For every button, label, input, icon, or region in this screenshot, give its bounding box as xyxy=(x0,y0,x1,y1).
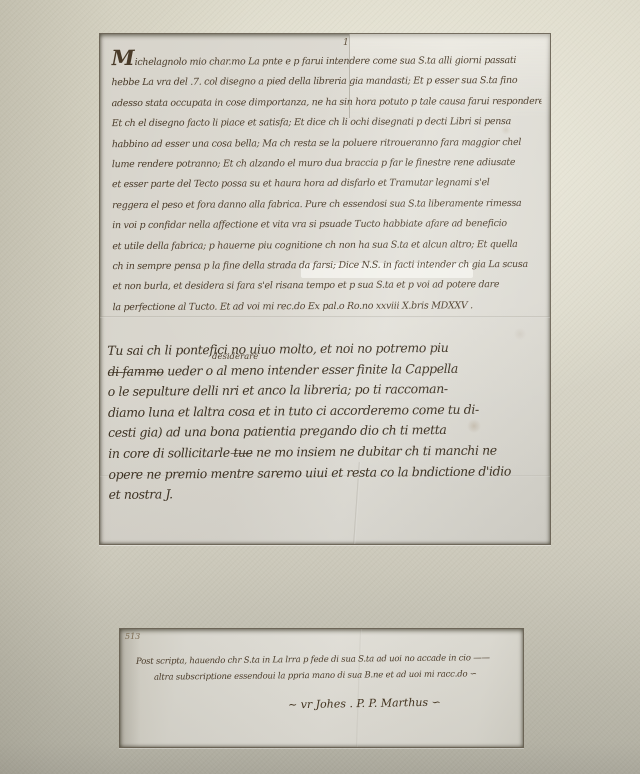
slip-line: Post scripta, hauendo chr S.ta in La lrr… xyxy=(136,653,490,667)
manuscript-line: la perfectione al Tucto. Et ad voi mi re… xyxy=(113,296,543,319)
manuscript-line: et non burla, et desidera si fara s'el r… xyxy=(112,275,542,298)
manuscript-line: habbino ad esser una cosa bella; Ma ch r… xyxy=(112,132,542,155)
slip-line: altra subscriptione essendoui la ppria m… xyxy=(154,669,477,682)
manuscript-line: reggera el peso et fora danno alla fabri… xyxy=(112,194,542,217)
mat-window-main: 1 Michelagnolo mio char.mo La pnte e p f… xyxy=(99,33,551,545)
manuscript-line: opere ne premio mentre saremo uiui et re… xyxy=(108,461,546,485)
manuscript-line: lume rendere potranno; Et ch alzando el … xyxy=(112,153,542,176)
secretary-signature: ∼ vr Johes . P. P. Marthus ∽ xyxy=(288,696,441,712)
manuscript-line: et utile della fabrica; p hauerne piu co… xyxy=(112,235,542,258)
catalog-number: 513 xyxy=(125,632,140,641)
manuscript-line: Et ch el disegno facto li piace et satis… xyxy=(112,112,542,135)
manuscript-line: adesso stata occupata in cose dimportanz… xyxy=(112,92,542,115)
manuscript-line: in voi p confidar nella affectione et vi… xyxy=(112,214,542,237)
manuscript-line: Michelagnolo mio char.mo La pnte e p far… xyxy=(111,46,541,74)
letter-paragraph-2-postscript: Tu sai ch li pontefici no uiuo molto, et… xyxy=(107,337,546,506)
manuscript-line: hebbe La vra del .7. col disegno a pied … xyxy=(111,71,541,94)
mat-window-slip: 513 Post scripta, hauendo chr S.ta in La… xyxy=(119,628,524,748)
manuscript-line: ch in sempre pensa p la fine della strad… xyxy=(112,255,542,278)
fold-crease xyxy=(356,629,362,747)
manuscript-line: et nostra J. xyxy=(109,481,547,505)
letter-paragraph-1: Michelagnolo mio char.mo La pnte e p far… xyxy=(111,46,542,319)
manuscript-line: et esser parte del Tecto possa su et hau… xyxy=(112,173,542,196)
